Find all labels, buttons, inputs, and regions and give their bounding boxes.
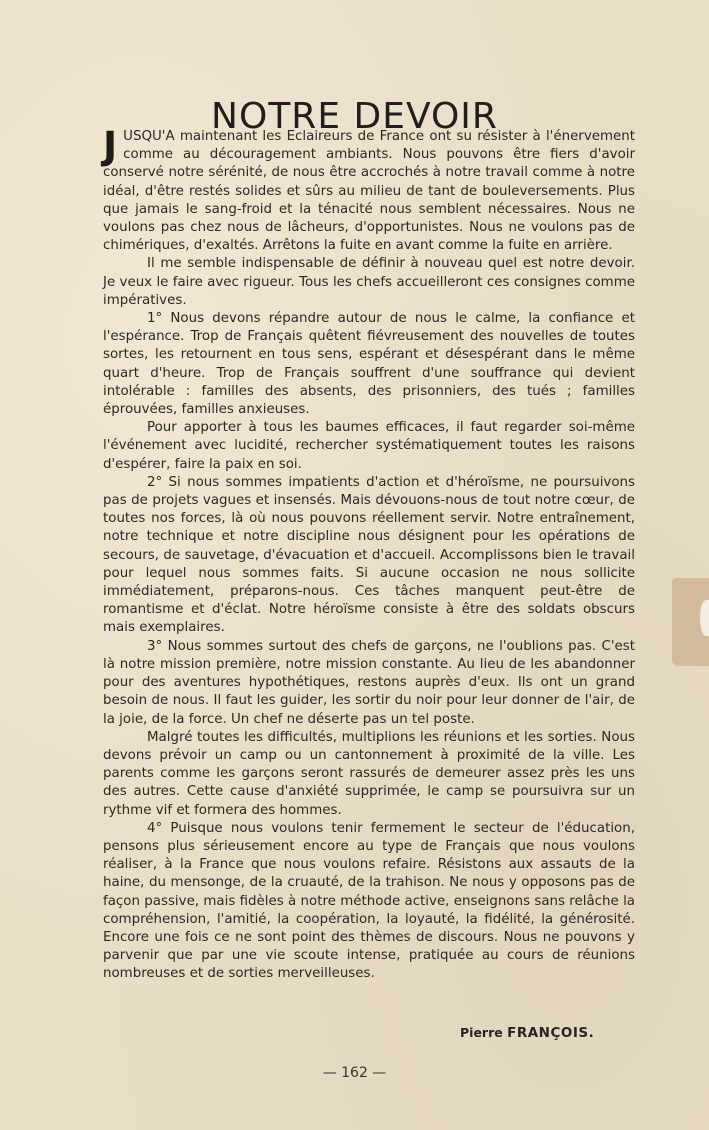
author-first-name: Pierre xyxy=(460,1025,503,1040)
paragraph: Malgré toutes les difficultés, multiplio… xyxy=(103,729,635,820)
drop-cap: J xyxy=(103,130,117,162)
page-number: — 162 — xyxy=(0,1065,709,1081)
paper-tear xyxy=(700,600,709,636)
paragraph-point-4: 4° Puisque nous voulons tenir fermement … xyxy=(103,820,635,984)
paragraph-intro: JUSQU'A maintenant les Eclaireurs de Fra… xyxy=(103,128,635,255)
author-signature: Pierre FRANÇOIS. xyxy=(460,1025,594,1041)
paragraph-point-3: 3° Nous sommes surtout des chefs de garç… xyxy=(103,638,635,729)
paragraph: Il me semble indispensable de définir à … xyxy=(103,255,635,310)
paragraph-point-2: 2° Si nous sommes impatients d'action et… xyxy=(103,474,635,638)
author-last-name: FRANÇOIS. xyxy=(507,1025,594,1041)
article-body: JUSQU'A maintenant les Eclaireurs de Fra… xyxy=(103,128,635,984)
paragraph: Pour apporter à tous les baumes efficace… xyxy=(103,419,635,474)
paragraph-point-1: 1° Nous devons répandre autour de nous l… xyxy=(103,310,635,419)
